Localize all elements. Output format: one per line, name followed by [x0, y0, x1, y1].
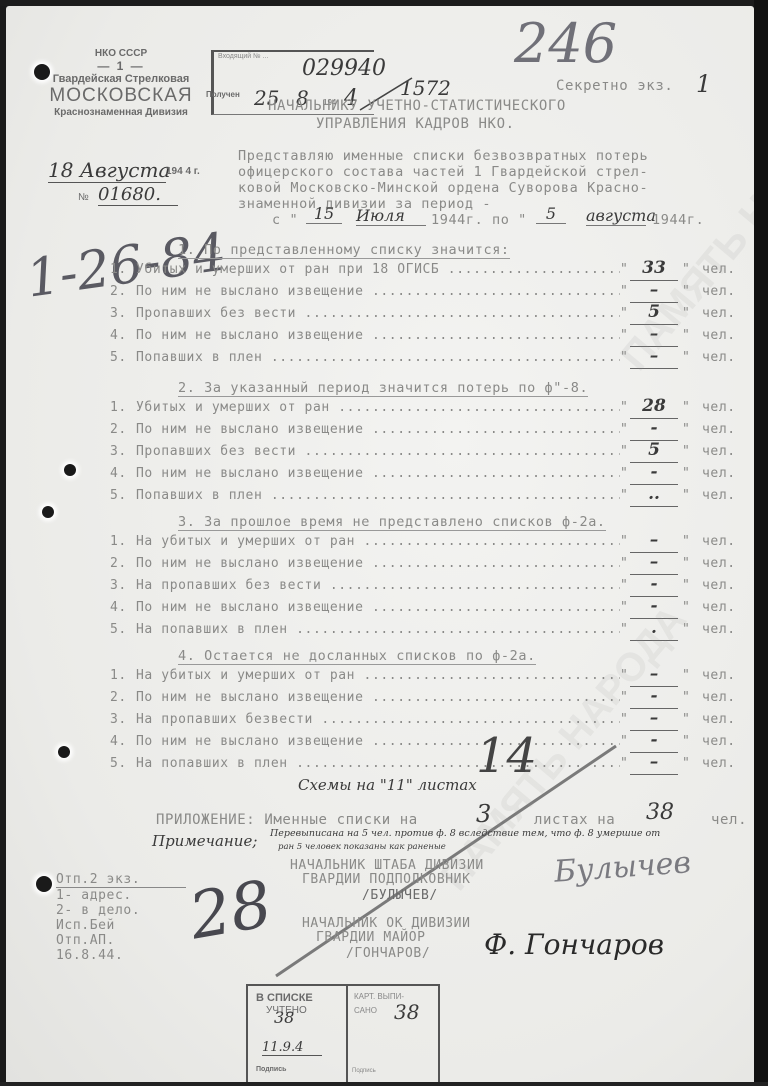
secrecy-copy-number: 1	[696, 70, 711, 98]
row-number: 5.	[110, 622, 127, 637]
attachment-label: ПРИЛОЖЕНИЕ: Именные списки на	[156, 812, 418, 828]
intro-line3: ковой Московско-Минской ордена Суворова …	[238, 180, 648, 196]
unit-label: чел.	[702, 422, 736, 437]
quote-mark: "	[620, 422, 628, 437]
unit-label: чел.	[702, 734, 736, 749]
quote-mark: "	[620, 600, 628, 615]
register-stamp-sign-label: Подпись	[256, 1066, 286, 1073]
section-title: 4. Остается не досланных списков по ф-2а…	[178, 648, 536, 665]
quote-mark: "	[682, 350, 690, 365]
row-number: 4.	[110, 466, 127, 481]
row-label: По ним не выслано извещение ............…	[136, 284, 620, 299]
row-label-text: По ним не выслано извещение	[136, 328, 364, 343]
row-value: –	[632, 530, 676, 550]
punch-hole	[42, 506, 54, 518]
row-value: -	[632, 574, 676, 594]
row-label-text: Попавших в плен	[136, 488, 262, 503]
quote-mark: "	[620, 534, 628, 549]
remark-label: Примечание;	[152, 832, 257, 850]
unit-label: чел.	[702, 556, 736, 571]
row-number: 5.	[110, 350, 127, 365]
quote-mark: "	[682, 422, 690, 437]
unit-label: чел.	[702, 328, 736, 343]
punch-hole	[64, 464, 76, 476]
unit-label: чел.	[702, 488, 736, 503]
unit-label: чел.	[702, 690, 736, 705]
leader-dots: ........................................…	[262, 488, 620, 503]
scan-border-bottom	[0, 1082, 768, 1086]
row-value: -	[632, 462, 676, 482]
reg-stamp-header: Входящий № ...	[218, 53, 268, 60]
intro-line2: офицерского состава частей 1 Гвардейской…	[238, 164, 648, 180]
row-label: По ним не выслано извещение ............…	[136, 556, 620, 571]
quote-mark: "	[682, 712, 690, 727]
row-label: Попавших в плен ........................…	[136, 488, 620, 503]
period-to-year: 1944г.	[652, 212, 704, 228]
row-value: –	[632, 708, 676, 728]
row-label-text: На убитых и умерших от ран	[136, 668, 355, 683]
row-number: 3.	[110, 712, 127, 727]
stamp-line-division: Краснознаменная Дивизия	[36, 107, 206, 118]
row-label: На убитых и умерших от ран .............…	[136, 668, 620, 683]
unit-label: чел.	[702, 622, 736, 637]
copies-block: Отп.2 экз. 1- адрес. 2- в дело. Исп.Бей …	[56, 872, 186, 963]
row-number: 5.	[110, 488, 127, 503]
row-number: 2.	[110, 284, 127, 299]
attachment-mid: листах на	[534, 812, 615, 828]
unit-label: чел.	[702, 578, 736, 593]
quote-mark: "	[682, 466, 690, 481]
unit-label: чел.	[702, 756, 736, 771]
stamp-number: 01680.	[98, 184, 178, 206]
row-label-text: На пропавших безвести	[136, 712, 313, 727]
quote-mark: "	[620, 262, 628, 277]
unit-label: чел.	[702, 668, 736, 683]
stamp-line-nko: НКО СССР	[36, 48, 206, 59]
period-to-month: августа	[586, 206, 646, 226]
division-stamp: НКО СССР — 1 — Гвардейская Стрелковая МО…	[36, 48, 206, 118]
row-value: 33	[632, 258, 676, 278]
attachment-unit: чел.	[711, 812, 747, 828]
register-stamp-right-sign-label: Подпись	[352, 1068, 376, 1074]
value-underline	[630, 506, 678, 507]
register-stamp-date: 11.9.4	[262, 1040, 322, 1056]
row-label: По ним не выслано извещение ............…	[136, 690, 620, 705]
period-to-prefix: по "	[492, 212, 527, 228]
row-number: 2.	[110, 690, 127, 705]
register-stamp-left-value: 38	[274, 1008, 294, 1027]
row-label-text: На попавших в плен	[136, 622, 288, 637]
period-from-prefix: с "	[272, 212, 298, 228]
unit-label: чел.	[702, 466, 736, 481]
section-title: 1. По представленному списку значится:	[178, 242, 510, 259]
copies-line3: 2- в дело.	[56, 903, 186, 918]
leader-dots: ........................................…	[321, 578, 620, 593]
value-underline	[630, 774, 678, 775]
row-value: 28	[632, 396, 676, 416]
quote-mark: "	[620, 466, 628, 481]
quote-mark: "	[682, 400, 690, 415]
row-value: -	[632, 418, 676, 438]
row-number: 1.	[110, 668, 127, 683]
row-number: 4.	[110, 734, 127, 749]
register-stamp: В СПИСКЕ УЧТЕНО 38 11.9.4 Подпись КАРТ. …	[246, 984, 440, 1084]
row-label-text: Попавших в плен	[136, 350, 262, 365]
intro-line1: Представляю именные списки безвозвратных…	[238, 148, 648, 164]
row-label: По ним не выслано извещение ............…	[136, 328, 620, 343]
leader-dots: ........................................…	[262, 350, 620, 365]
handwritten-left-number: 28	[184, 867, 277, 954]
row-label: Пропавших без вести ....................…	[136, 306, 620, 321]
row-label: На пропавших без вести .................…	[136, 578, 620, 593]
period-to-day: 5	[536, 204, 566, 224]
row-label: На убитых и умерших от ран .............…	[136, 534, 620, 549]
row-number: 1.	[110, 400, 127, 415]
ok-chief-name: /ГОНЧАРОВ/	[346, 946, 430, 961]
remark-line2: ран 5 человек показаны как раненые	[278, 842, 446, 852]
section-title: 2. За указанный период значится потерь п…	[178, 380, 588, 397]
quote-mark: "	[682, 734, 690, 749]
copies-line4: Исп.Бей	[56, 918, 186, 933]
leader-dots: ........................................…	[296, 306, 620, 321]
copies-line2: 1- адрес.	[56, 888, 186, 903]
register-stamp-right-title2: САНО	[354, 1006, 377, 1015]
row-number: 3.	[110, 306, 127, 321]
row-label-text: По ним не выслано извещение	[136, 284, 364, 299]
row-value: 5	[632, 440, 676, 460]
quote-mark: "	[682, 690, 690, 705]
ok-chief-title2: ГВАРДИИ МАЙОР	[316, 930, 426, 945]
row-number: 1.	[110, 262, 127, 277]
quote-mark: "	[620, 284, 628, 299]
unit-label: чел.	[702, 444, 736, 459]
row-value: –	[632, 752, 676, 772]
period-from-month: Июля	[356, 206, 426, 226]
copies-line1: Отп.2 экз.	[56, 872, 186, 888]
quote-mark: "	[682, 600, 690, 615]
row-label: Убитых и умерших от ран при 18 ОГИСБ ...…	[136, 262, 620, 277]
leader-dots: ........................................…	[364, 556, 620, 571]
row-value: -	[632, 730, 676, 750]
secrecy-label: Секретно экз.	[556, 78, 673, 94]
row-number: 2.	[110, 422, 127, 437]
stamp-year: 194 4 г.	[166, 166, 200, 177]
addressee-line1: НАЧАЛЬНИКУ УЧЕТНО-СТАТИСТИЧЕСКОГО	[268, 98, 566, 114]
punch-hole	[36, 876, 52, 892]
register-stamp-left-title1: В СПИСКЕ	[256, 992, 313, 1004]
document-page: 246 НКО СССР — 1 — Гвардейская Стрелкова…	[6, 6, 754, 1086]
attachment-people: 38	[646, 800, 674, 825]
row-label: Попавших в плен ........................…	[136, 350, 620, 365]
quote-mark: "	[682, 444, 690, 459]
row-label-text: По ним не выслано извещение	[136, 466, 364, 481]
leader-dots: ........................................…	[355, 668, 620, 683]
row-label-text: По ним не выслано извещение	[136, 600, 364, 615]
leader-dots: ........................................…	[364, 466, 620, 481]
addressee-line2: УПРАВЛЕНИЯ КАДРОВ НКО.	[316, 116, 515, 132]
ok-chief-signature: Ф. Гончаров	[484, 928, 664, 961]
row-number: 2.	[110, 556, 127, 571]
row-label-text: На пропавших без вести	[136, 578, 321, 593]
leader-dots: ........................................…	[364, 600, 620, 615]
archive-sheet-number: 246	[514, 12, 617, 75]
row-label-text: Убитых и умерших от ран при 18 ОГИСБ	[136, 262, 439, 277]
unit-label: чел.	[702, 306, 736, 321]
row-label: На пропавших безвести ..................…	[136, 712, 620, 727]
scan-border-right	[754, 0, 768, 1086]
stamp-line-moscow: МОСКОВСКАЯ	[36, 85, 206, 107]
ok-chief-title1: НАЧАЛЬНИК ОК ДИВИЗИИ	[302, 916, 471, 931]
quote-mark: "	[620, 306, 628, 321]
row-label-text: Пропавших без вести	[136, 306, 296, 321]
row-label: Пропавших без вести ....................…	[136, 444, 620, 459]
row-label: По ним не выслано извещение ............…	[136, 466, 620, 481]
row-number: 3.	[110, 578, 127, 593]
stamp-line-number: — 1 —	[36, 59, 206, 73]
row-value: ..	[632, 484, 676, 504]
row-number: 3.	[110, 444, 127, 459]
stamp-line-guards: Гвардейская Стрелковая	[36, 73, 206, 85]
row-label-text: По ним не выслано извещение	[136, 556, 364, 571]
unit-label: чел.	[702, 712, 736, 727]
copies-line6: 16.8.44.	[56, 948, 186, 963]
leader-dots: ........................................…	[330, 400, 620, 415]
row-number: 4.	[110, 328, 127, 343]
leader-dots: ........................................…	[364, 422, 620, 437]
chief-of-staff-name: /БУЛЫЧЕВ/	[362, 888, 438, 903]
row-number: 1.	[110, 534, 127, 549]
stamp-date-handwritten: 18 Августа	[48, 158, 166, 183]
quote-mark: "	[682, 668, 690, 683]
leader-dots: ........................................…	[288, 622, 620, 637]
quote-mark: "	[620, 556, 628, 571]
stamp-number-prefix: №	[78, 192, 89, 203]
quote-mark: "	[682, 488, 690, 503]
leader-dots: ........................................…	[364, 284, 620, 299]
row-label-text: Убитых и умерших от ран	[136, 400, 330, 415]
quote-mark: "	[620, 578, 628, 593]
period-from-day: 15	[306, 204, 342, 224]
row-number: 4.	[110, 600, 127, 615]
leader-dots: ........................................…	[364, 328, 620, 343]
leader-dots: ........................................…	[355, 534, 620, 549]
section-title: 3. За прошлое время не представлено спис…	[178, 514, 606, 531]
leader-dots: ........................................…	[296, 444, 620, 459]
row-label-text: На убитых и умерших от ран	[136, 534, 355, 549]
quote-mark: "	[620, 622, 628, 637]
quote-mark: "	[682, 534, 690, 549]
row-label: По ним не выслано извещение ............…	[136, 422, 620, 437]
row-label: Убитых и умерших от ран ................…	[136, 400, 620, 415]
period-from-year: 1944г.	[431, 212, 483, 228]
unit-label: чел.	[702, 600, 736, 615]
unit-label: чел.	[702, 400, 736, 415]
unit-label: чел.	[702, 534, 736, 549]
quote-mark: "	[620, 488, 628, 503]
reg-stamp-received-label: Получен	[206, 90, 240, 99]
unit-label: чел.	[702, 350, 736, 365]
quote-mark: "	[620, 444, 628, 459]
leader-dots: ........................................…	[439, 262, 620, 277]
row-label-text: По ним не выслано извещение	[136, 690, 364, 705]
copies-line5: Отп.АП.	[56, 933, 186, 948]
punch-hole	[58, 746, 70, 758]
quote-mark: "	[620, 400, 628, 415]
row-value: –	[632, 552, 676, 572]
row-number: 5.	[110, 756, 127, 771]
quote-mark: "	[682, 556, 690, 571]
quote-mark: "	[682, 578, 690, 593]
row-label-text: По ним не выслано извещение	[136, 422, 364, 437]
row-label: На попавших в плен .....................…	[136, 622, 620, 637]
quote-mark: "	[682, 756, 690, 771]
row-label: По ним не выслано извещение ............…	[136, 600, 620, 615]
register-stamp-right-value: 38	[394, 1000, 419, 1024]
row-label-text: Пропавших без вести	[136, 444, 296, 459]
